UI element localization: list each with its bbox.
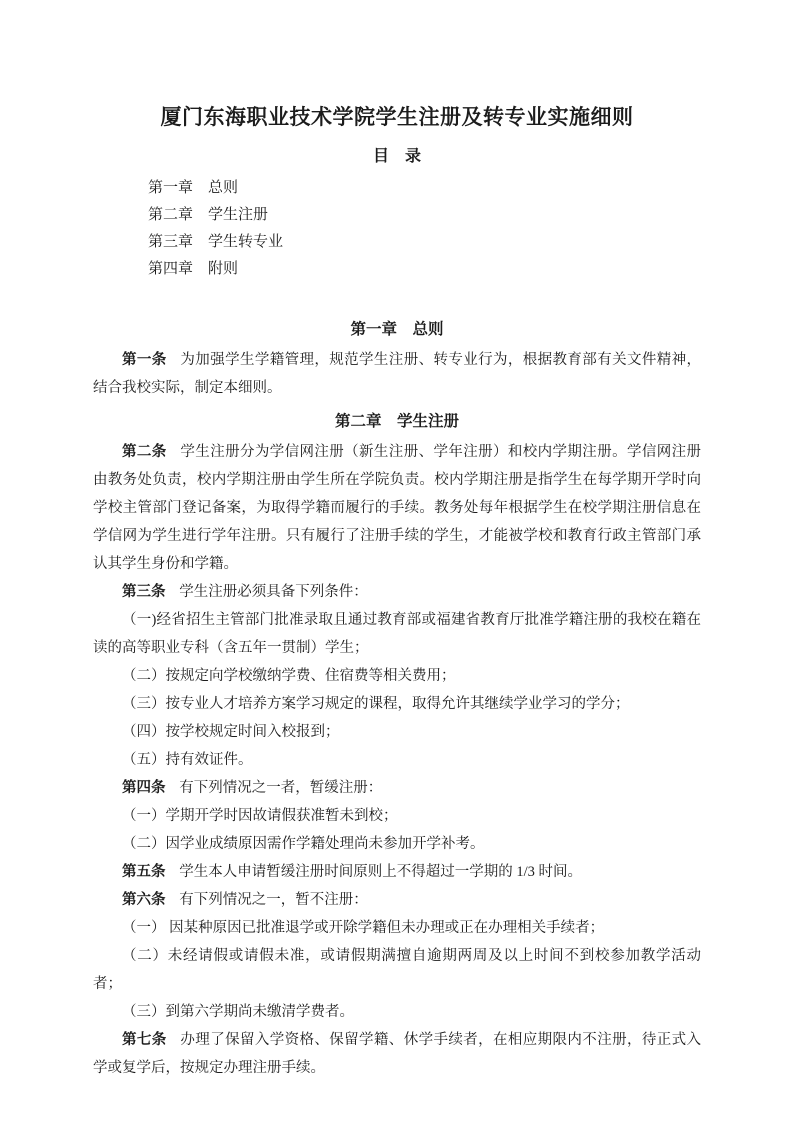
toc-item: 第二章 学生注册 (93, 202, 701, 229)
paragraph: 第四条有下列情况之一者，暂缓注册： (93, 774, 701, 802)
article-lead: 第五条 (122, 864, 166, 880)
paragraph: （一）学期开学时因故请假获准暂未到校； (93, 802, 701, 830)
paragraph: （二）按规定向学校缴纳学费、住宿费等相关费用； (93, 662, 701, 690)
paragraph: 第六条有下列情况之一，暂不注册： (93, 886, 701, 914)
toc-item: 第一章 总则 (93, 175, 701, 202)
article-text: 学生本人申请暂缓注册时间原则上不得超过一学期的 1/3 时间。 (179, 864, 582, 880)
article-text: 为加强学生学籍管理，规范学生注册、转专业行为，根据教育部有关文件精神，结合我校实… (93, 352, 701, 396)
toc-heading: 目 录 (93, 146, 701, 168)
section-heading: 第二章 学生注册 (93, 408, 701, 436)
article-lead: 第三条 (122, 584, 166, 600)
document-title: 厦门东海职业技术学院学生注册及转专业实施细则 (93, 104, 701, 132)
article-text: 学生注册分为学信网注册（新生注册、学年注册）和校内学期注册。学信网注册由教务处负… (93, 444, 701, 572)
toc-item: 第四章 附则 (93, 256, 701, 283)
article-lead: 第四条 (122, 780, 166, 796)
toc-item: 第三章 学生转专业 (93, 229, 701, 256)
article-lead: 第六条 (122, 892, 166, 908)
paragraph: （三）按专业人才培养方案学习规定的课程，取得允许其继续学业学习的学分； (93, 690, 701, 718)
paragraph: 第七条办理了保留入学资格、保留学籍、休学手续者，在相应期限内不注册，待正式入学或… (93, 1026, 701, 1082)
article-lead: 第七条 (122, 1032, 167, 1048)
paragraph: （二）未经请假或请假未准，或请假期满擅自逾期两周及以上时间不到校参加教学活动者； (93, 942, 701, 998)
article-text: 学生注册必须具备下列条件： (179, 584, 368, 600)
article-text: 办理了保留入学资格、保留学籍、休学手续者，在相应期限内不注册，待正式入学或复学后… (93, 1032, 701, 1076)
paragraph: （五）持有效证件。 (93, 746, 701, 774)
document-page: 厦门东海职业技术学院学生注册及转专业实施细则 目 录 第一章 总则第二章 学生注… (0, 0, 794, 1123)
paragraph: 第一条为加强学生学籍管理，规范学生注册、转专业行为，根据教育部有关文件精神，结合… (93, 346, 701, 402)
article-lead: 第一条 (122, 352, 167, 368)
paragraph: （一)经省招生主管部门批准录取且通过教育部或福建省教育厅批准学籍注册的我校在籍在… (93, 606, 701, 662)
article-text: 有下列情况之一，暂不注册： (179, 892, 368, 908)
paragraph: 第三条学生注册必须具备下列条件： (93, 578, 701, 606)
paragraph: （二）因学业成绩原因需作学籍处理尚未参加开学补考。 (93, 830, 701, 858)
paragraph: 第二条学生注册分为学信网注册（新生注册、学年注册）和校内学期注册。学信网注册由教… (93, 438, 701, 578)
paragraph: 第五条学生本人申请暂缓注册时间原则上不得超过一学期的 1/3 时间。 (93, 858, 701, 886)
paragraph: （一） 因某种原因已批准退学或开除学籍但未办理或正在办理相关手续者； (93, 914, 701, 942)
section-heading: 第一章 总则 (93, 316, 701, 344)
paragraph: （四）按学校规定时间入校报到； (93, 718, 701, 746)
toc-list: 第一章 总则第二章 学生注册第三章 学生转专业第四章 附则 (93, 175, 701, 283)
paragraph: （三）到第六学期尚未缴清学费者。 (93, 998, 701, 1026)
article-lead: 第二条 (122, 444, 167, 460)
document-body: 第一章 总则第一条为加强学生学籍管理，规范学生注册、转专业行为，根据教育部有关文… (93, 316, 701, 1082)
article-text: 有下列情况之一者，暂缓注册： (179, 780, 382, 796)
